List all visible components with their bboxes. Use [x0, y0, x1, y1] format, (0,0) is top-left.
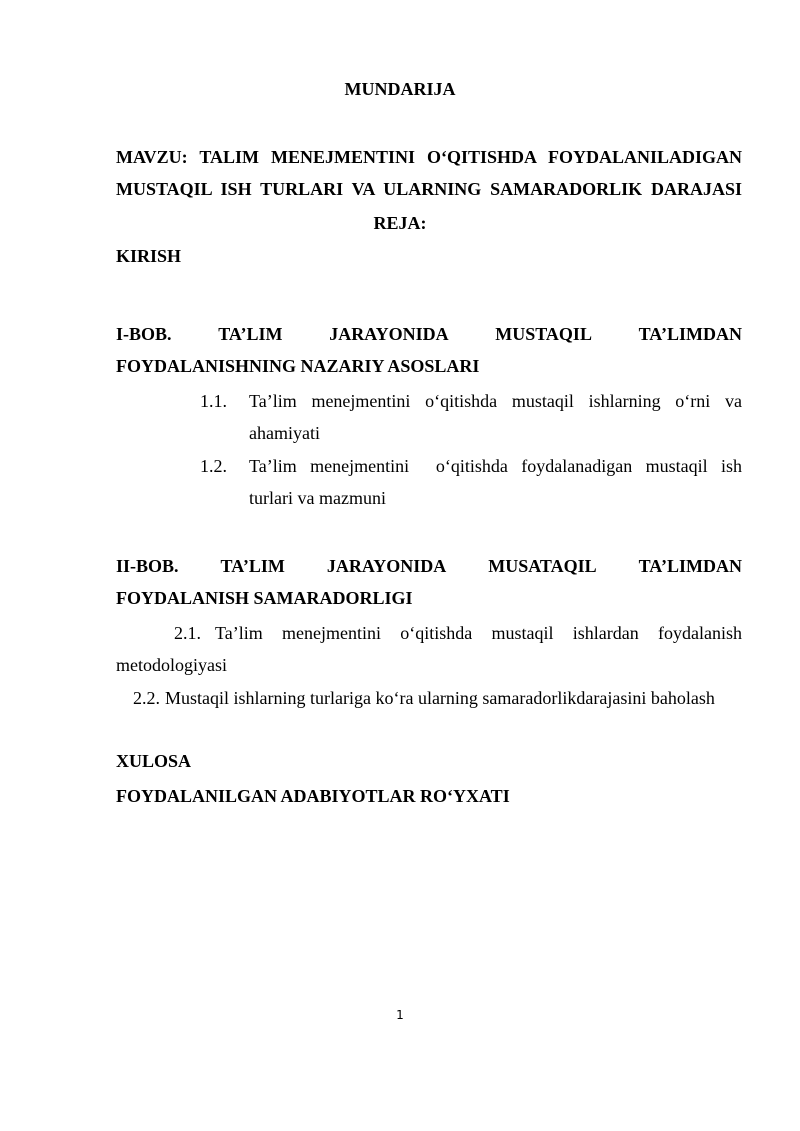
chapter-2-title-line-1: II-BOB. TA’LIM JARAYONIDA MUSATAQIL TA’L… [116, 555, 742, 577]
toc-item-intro: KIRISH [116, 245, 181, 267]
section-1-1-title-cont: ahamiyati [249, 422, 320, 444]
toc-heading: MUNDARIJA [0, 78, 800, 100]
toc-item-references: FOYDALANILGAN ADABIYOTLAR RO‘YXATI [116, 785, 510, 807]
section-2-1-line: 2.1. Ta’lim menejmentini o‘qitishda must… [116, 622, 742, 644]
chapter-1-word: TA’LIMDAN [639, 323, 742, 345]
chapter-1-word: JARAYONIDA [329, 323, 448, 345]
section-2-2-title: Mustaqil ishlarning turlariga ko‘ra ular… [165, 687, 715, 709]
section-2-2-number: 2.2. [133, 687, 165, 709]
chapter-2-word: TA’LIMDAN [639, 555, 742, 577]
chapter-2-word: JARAYONIDA [327, 555, 446, 577]
section-1-1-number: 1.1. [200, 390, 227, 412]
section-2-1-number: 2.1. [116, 622, 215, 644]
section-1-1-title: Ta’lim menejmentini o‘qitishda mustaqil … [249, 390, 742, 412]
chapter-1-title-line-2: FOYDALANISHNING NAZARIY ASOSLARI [116, 355, 479, 377]
plan-label: REJA: [0, 212, 800, 234]
topic-line-2: MUSTAQIL ISH TURLARI VA ULARNING SAMARAD… [116, 178, 742, 200]
chapter-2-word: MUSATAQIL [488, 555, 596, 577]
chapter-1-word: TA’LIM [218, 323, 282, 345]
chapter-1-word: MUSTAQIL [495, 323, 592, 345]
page-number: 1 [0, 1008, 800, 1022]
topic-line-1: MAVZU: TALIM MENEJMENTINI O‘QITISHDA FOY… [116, 146, 742, 168]
section-1-2-title: Ta’lim menejmentini o‘qitishda foydalana… [249, 455, 742, 477]
section-2-1-title: Ta’lim menejmentini o‘qitishda mustaqil … [215, 622, 742, 644]
chapter-2-word: II-BOB. [116, 555, 179, 577]
section-2-2-line: 2.2. Mustaqil ishlarning turlariga ko‘ra… [133, 687, 742, 709]
section-1-2-number: 1.2. [200, 455, 227, 477]
section-2-1-title-cont: metodologiyasi [116, 654, 227, 676]
chapter-1-word: I-BOB. [116, 323, 172, 345]
chapter-2-word: TA’LIM [221, 555, 285, 577]
document-page: MUNDARIJA MAVZU: TALIM MENEJMENTINI O‘QI… [0, 0, 800, 1131]
toc-item-conclusion: XULOSA [116, 750, 191, 772]
chapter-2-title-line-2: FOYDALANISH SAMARADORLIGI [116, 587, 413, 609]
section-1-2-title-cont: turlari va mazmuni [249, 487, 386, 509]
chapter-1-title-line-1: I-BOB. TA’LIM JARAYONIDA MUSTAQIL TA’LIM… [116, 323, 742, 345]
